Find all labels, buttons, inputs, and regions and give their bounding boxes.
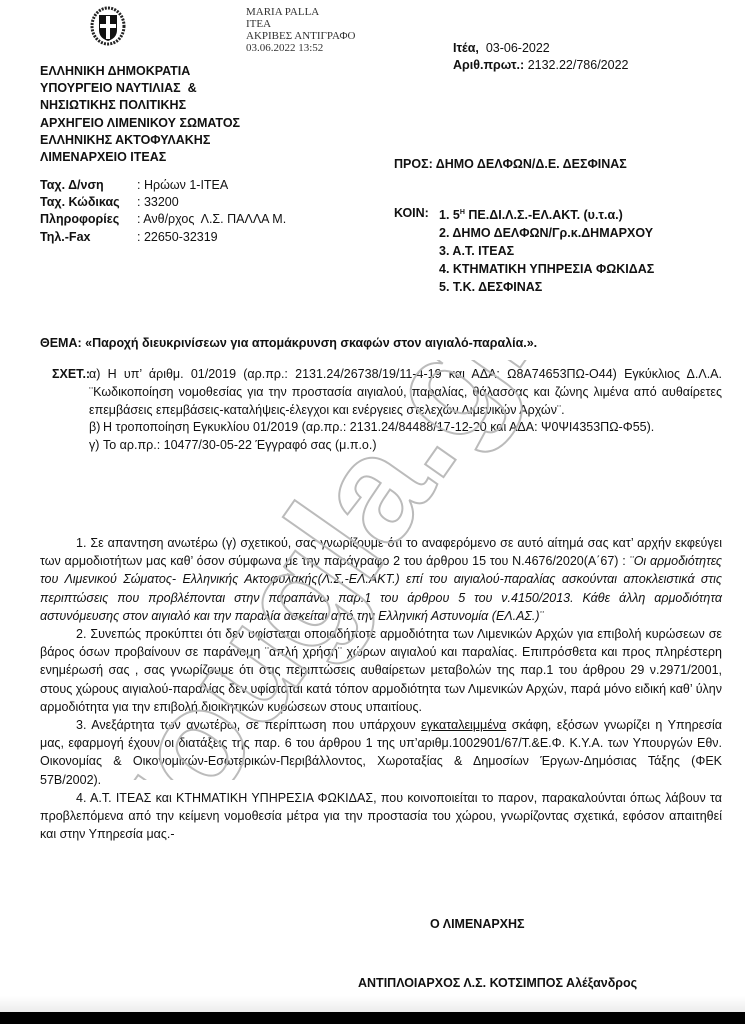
place-label: Ιτέα, xyxy=(453,41,479,55)
document-date: 03-06-2022 xyxy=(486,41,550,55)
contact-value: : Ανθ/ρχος Λ.Σ. ΠΑΛΛΑ Μ. xyxy=(137,211,286,228)
document-page: MARIA PALLA ITEA ΑΚΡΙΒΕΣ ΑΝΤΙΓΡΑΦΟ 03.06… xyxy=(0,0,745,1010)
contact-row: Ταχ. Κώδικας: 33200 xyxy=(40,194,286,211)
org-line: ΕΛΛΗΝΙΚΗ ΔΗΜΟΚΡΑΤΙΑ xyxy=(40,63,240,80)
org-line: ΥΠΟΥΡΓΕΙΟ ΝΑΥΤΙΛΙΑΣ & xyxy=(40,80,240,97)
org-line: ΕΛΛΗΝΙΚΗΣ ΑΚΤΟΦΥΛΑΚΗΣ xyxy=(40,132,240,149)
references: ΣΧΕΤ.:α) Η υπ’ άριθμ. 01/2019 (αρ.πρ.: 2… xyxy=(52,366,722,455)
protocol-number: 2132.22/786/2022 xyxy=(528,58,629,72)
paragraph-3: 3. Ανεξάρτητα των ανωτέρω, σε περίπτωση … xyxy=(40,716,722,789)
paragraph-text: 1. Σε απαντηση ανωτέρω (γ) σχετικού, σας… xyxy=(40,536,722,568)
reference-c: Το αρ.πρ.: 10477/30-05-22 Έγγραφό σας (μ… xyxy=(103,437,377,455)
koin-item: 2. ΔΗΜΟ ΔΕΛΦΩΝ/Γρ.κ.ΔΗΜΑΡΧΟΥ xyxy=(439,224,653,242)
stamp-line: MARIA PALLA xyxy=(246,6,356,18)
org-line: ΝΗΣΙΩΤΙΚΗΣ ΠΟΛΙΤΙΚΗΣ xyxy=(40,97,240,114)
koin-item-text: ΠΕ.ΔΙ.Λ.Σ.-ΕΛ.ΑΚΤ. (υ.τ.α.) xyxy=(465,208,623,222)
reference-a: α) Η υπ’ άριθμ. 01/2019 (αρ.πρ.: 2131.24… xyxy=(89,366,722,419)
stamp-line: 03.06.2022 13:52 xyxy=(246,42,356,54)
koin-item: 1. 5Η ΠΕ.ΔΙ.Λ.Σ.-ΕΛ.ΑΚΤ. (υ.τ.α.) xyxy=(439,204,623,224)
signer-name: ΑΝΤΙΠΛΟΙΑΡΧΟΣ Λ.Σ. ΚΟΤΣΙΜΠΟΣ Αλέξανδρος xyxy=(358,976,637,990)
date-protocol: Ιτέα, 03-06-2022 Αριθ.πρωτ.: 2132.22/786… xyxy=(453,40,628,74)
contact-label: Τηλ.-Fax xyxy=(40,229,137,246)
protocol-label: Αριθ.πρωτ.: xyxy=(453,58,524,72)
contact-label: Πληροφορίες xyxy=(40,211,137,228)
sender-organization: ΕΛΛΗΝΙΚΗ ΔΗΜΟΚΡΑΤΙΑ ΥΠΟΥΡΓΕΙΟ ΝΑΥΤΙΛΙΑΣ … xyxy=(40,63,240,166)
underlined-word: εγκαταλειμμένα xyxy=(421,718,506,732)
koin-item: 5. Τ.Κ. ΔΕΣΦΙΝΑΣ xyxy=(439,278,542,296)
letter-body: 1. Σε απαντηση ανωτέρω (γ) σχετικού, σας… xyxy=(40,534,722,843)
contact-label: Ταχ. Δ/νση xyxy=(40,177,137,194)
copy-stamp: MARIA PALLA ITEA ΑΚΡΙΒΕΣ ΑΝΤΙΓΡΑΦΟ 03.06… xyxy=(246,6,356,54)
org-line: ΛΙΜΕΝΑΡΧΕΙΟ ΙΤΕΑΣ xyxy=(40,149,240,166)
paragraph-2: 2. Συνεπώς προκύπτει ότι δεν υφίσταται ο… xyxy=(40,625,722,716)
contact-row: Πληροφορίες: Ανθ/ρχος Λ.Σ. ΠΑΛΛΑ Μ. xyxy=(40,211,286,228)
koin-label: ΚΟΙΝ: xyxy=(394,204,439,224)
contact-value: : 22650-32319 xyxy=(137,229,218,246)
reference-b-number: β) xyxy=(89,419,103,437)
reference-c-number: γ) xyxy=(89,437,103,455)
references-label: ΣΧΕΤ.: xyxy=(52,366,89,419)
koin-item: 3. Α.Τ. ΙΤΕΑΣ xyxy=(439,242,514,260)
bottom-shadow xyxy=(0,996,745,1012)
recipient-to: ΠΡΟΣ: ΔΗΜΟ ΔΕΛΦΩΝ/Δ.Ε. ΔΕΣΦΙΝΑΣ xyxy=(394,157,627,171)
bottom-bar xyxy=(0,1012,745,1024)
org-line: ΑΡΧΗΓΕΙΟ ΛΙΜΕΝΙΚΟΥ ΣΩΜΑΤΟΣ xyxy=(40,115,240,132)
stamp-line: ΑΚΡΙΒΕΣ ΑΝΤΙΓΡΑΦΟ xyxy=(246,30,356,42)
contact-value: : 33200 xyxy=(137,194,179,211)
contact-row: Ταχ. Δ/νση: Ηρώων 1-ΙΤΕΑ xyxy=(40,177,286,194)
paragraph-1: 1. Σε απαντηση ανωτέρω (γ) σχετικού, σας… xyxy=(40,534,722,625)
reference-b: Η τροποποίηση Εγκυκλίου 01/2019 (αρ.πρ.:… xyxy=(103,419,654,437)
greek-coat-of-arms-icon xyxy=(90,6,126,46)
stamp-line: ITEA xyxy=(246,18,356,30)
contact-row: Τηλ.-Fax: 22650-32319 xyxy=(40,229,286,246)
recipient-koin: ΚΟΙΝ:1. 5Η ΠΕ.ΔΙ.Λ.Σ.-ΕΛ.ΑΚΤ. (υ.τ.α.) 2… xyxy=(394,204,654,296)
contact-label: Ταχ. Κώδικας xyxy=(40,194,137,211)
paragraph-text: 3. Ανεξάρτητα των ανωτέρω, σε περίπτωση … xyxy=(76,718,421,732)
paragraph-4: 4. Α.Τ. ΙΤΕΑΣ και ΚΤΗΜΑΤΙΚΗ ΥΠΗΡΕΣΙΑ ΦΩΚ… xyxy=(40,789,722,844)
koin-item-number: 1. 5 xyxy=(439,208,460,222)
koin-item: 4. ΚΤΗΜΑΤΙΚΗ ΥΠΗΡΕΣΙΑ ΦΩΚΙΔΑΣ xyxy=(439,260,654,278)
sender-contact: Ταχ. Δ/νση: Ηρώων 1-ΙΤΕΑ Ταχ. Κώδικας: 3… xyxy=(40,177,286,246)
subject-line: ΘΕΜΑ: «Παροχή διευκρινίσεων για απομάκρυ… xyxy=(40,336,537,350)
signature-title: Ο ΛΙΜΕΝΑΡΧΗΣ xyxy=(430,917,525,931)
contact-value: : Ηρώων 1-ΙΤΕΑ xyxy=(137,177,228,194)
